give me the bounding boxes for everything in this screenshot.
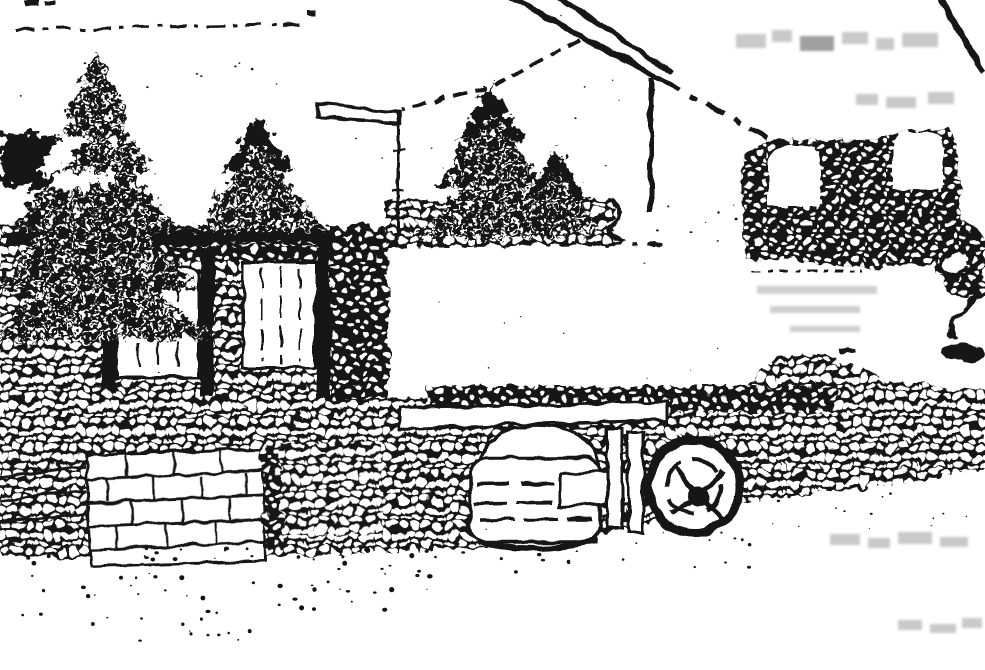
ghost-mark xyxy=(790,326,860,332)
ghost-mark xyxy=(772,30,792,42)
speckle-dot xyxy=(42,589,45,592)
speckle-dot xyxy=(734,537,737,539)
speckle-dot xyxy=(777,500,780,503)
speckle-dot xyxy=(389,587,394,592)
speckle-dot xyxy=(346,590,350,593)
speckle-dot xyxy=(694,566,696,568)
speckle-dot xyxy=(206,634,209,636)
speckle-dot xyxy=(217,634,220,637)
brick-pile-right-rubble xyxy=(280,441,383,536)
headlamp-ring xyxy=(940,253,966,279)
speckle-dot xyxy=(748,543,752,546)
door-panel xyxy=(243,262,316,368)
speckle-dot xyxy=(355,138,357,139)
speckle-dot xyxy=(276,83,278,84)
speckle-dot xyxy=(735,218,738,221)
speckle-dot xyxy=(461,551,465,553)
speckle-dot xyxy=(148,573,150,574)
speckle-dot xyxy=(351,601,353,603)
ghost-mark xyxy=(868,538,890,548)
speckle-dot xyxy=(690,231,693,233)
speckle-dot xyxy=(717,211,719,213)
speckle-dot xyxy=(504,132,506,133)
speckle-dot xyxy=(205,610,210,613)
speckle-dot xyxy=(514,570,518,573)
speckle-dot xyxy=(119,576,123,580)
ghost-mark xyxy=(856,94,878,105)
speckle-dot xyxy=(224,547,229,551)
speckle-dot xyxy=(190,632,193,635)
ghost-mark xyxy=(940,537,968,547)
speckle-dot xyxy=(292,598,297,601)
speckle-dot xyxy=(337,568,340,570)
speckle-dot xyxy=(491,112,493,113)
speckle-dot xyxy=(21,614,24,617)
speckle-dot xyxy=(643,263,645,264)
speckle-dot xyxy=(200,75,203,77)
speckle-dot xyxy=(646,378,647,379)
speckle-dot xyxy=(32,561,37,566)
speckle-dot xyxy=(574,117,576,119)
speckle-dot xyxy=(373,591,377,593)
speckle-dot xyxy=(431,148,433,149)
speckle-dot xyxy=(605,165,607,166)
speckle-dot xyxy=(365,547,370,553)
ghost-mark xyxy=(830,534,860,545)
speckle-dot xyxy=(312,587,316,592)
speckle-dot xyxy=(181,623,184,626)
door-frame-post xyxy=(200,250,214,396)
speckle-dot xyxy=(86,594,90,598)
speckle-dot xyxy=(417,570,421,573)
speckle-dot xyxy=(869,528,870,529)
speckle-dot xyxy=(105,550,107,551)
speckle-dot xyxy=(415,574,419,577)
speckle-dot xyxy=(426,589,428,590)
ghost-mark xyxy=(898,532,932,544)
speckle-dot xyxy=(504,322,505,323)
scanned-photo: scanned halftone photograph xyxy=(0,0,985,670)
speckle-dot xyxy=(84,62,87,64)
speckle-dot xyxy=(142,563,144,564)
speckle-dot xyxy=(389,565,392,567)
speckle-dot xyxy=(690,370,691,371)
speckle-dot xyxy=(311,585,314,587)
ghost-mark xyxy=(757,286,877,294)
speckle-dot xyxy=(563,333,565,334)
speckle-dot xyxy=(312,607,316,611)
ghost-mark xyxy=(886,97,916,108)
speckle-dot xyxy=(667,205,669,207)
edge-tick xyxy=(46,0,56,4)
speckle-dot xyxy=(942,513,944,515)
ghost-mark xyxy=(928,92,954,104)
ghost-mark xyxy=(876,38,894,50)
speckle-dot xyxy=(787,495,790,499)
edge-tick xyxy=(25,0,39,5)
speckle-dot xyxy=(201,596,206,601)
speckle-dot xyxy=(724,562,727,564)
speckle-dot xyxy=(717,348,718,349)
speckle-dot xyxy=(537,553,541,556)
speckle-dot xyxy=(26,556,30,559)
speckle-dot xyxy=(409,553,414,558)
speckle-dot xyxy=(144,555,146,557)
speckle-dot xyxy=(250,555,253,557)
speckle-dot xyxy=(618,100,619,101)
speckle-dot xyxy=(278,604,281,607)
speckle-dot xyxy=(239,62,241,64)
speckle-dot xyxy=(137,593,139,595)
speckle-dot xyxy=(215,612,218,615)
speckle-dot xyxy=(835,507,837,509)
speckle-dot xyxy=(251,68,254,71)
speckle-dot xyxy=(560,15,561,16)
ghost-mark xyxy=(736,34,766,48)
speckle-dot xyxy=(31,575,33,577)
speckle-dot xyxy=(39,613,43,616)
speckle-dot xyxy=(709,539,711,541)
speckle-dot xyxy=(228,632,230,635)
truck-window-left xyxy=(768,146,820,206)
speckle-dot xyxy=(434,556,437,559)
speckle-dot xyxy=(153,575,157,578)
speckle-dot xyxy=(798,526,800,527)
speckle-dot xyxy=(186,595,188,596)
speckle-dot xyxy=(966,516,968,518)
speckle-dot xyxy=(380,568,383,570)
speckle-dot xyxy=(720,532,722,534)
speckle-dot xyxy=(443,168,444,169)
speckle-dot xyxy=(584,86,586,88)
ghost-mark xyxy=(770,306,860,313)
speckle-dot xyxy=(277,584,282,588)
ghost-mark xyxy=(842,32,868,44)
ghost-mark xyxy=(930,624,956,633)
speckle-dot xyxy=(772,523,773,524)
ghost-mark xyxy=(902,33,938,47)
speckle-dot xyxy=(705,222,706,223)
speckle-dot xyxy=(146,86,148,88)
speckle-dot xyxy=(485,529,487,530)
scanned-photo-page: scanned halftone photograph xyxy=(0,0,985,670)
speckle-dot xyxy=(717,240,719,242)
speckle-dot xyxy=(622,558,625,561)
speckle-dot xyxy=(567,562,570,564)
speckle-dot xyxy=(541,559,545,562)
speckle-dot xyxy=(91,622,95,626)
speckle-dot xyxy=(341,556,344,558)
speckle-dot xyxy=(425,550,429,553)
speckle-dot xyxy=(145,547,148,550)
speckle-dot xyxy=(119,94,121,97)
speckle-dot xyxy=(741,538,744,541)
speckle-dot xyxy=(576,550,578,552)
speckle-dot xyxy=(663,532,665,533)
speckle-dot xyxy=(933,517,935,519)
speckle-dot xyxy=(140,617,143,619)
speckle-dot xyxy=(931,525,933,526)
speckle-dot xyxy=(747,566,751,569)
speckle-dot xyxy=(457,543,460,545)
speckle-dot xyxy=(889,492,892,495)
speckle-dot xyxy=(327,581,330,584)
speckle-dot xyxy=(179,575,184,580)
speckle-dot xyxy=(500,557,503,560)
speckle-dot xyxy=(106,617,108,619)
ghost-mark xyxy=(898,620,922,630)
edge-tick xyxy=(306,11,315,16)
speckle-dot xyxy=(882,496,884,498)
speckle-dot xyxy=(513,541,517,544)
speckle-dot xyxy=(656,229,659,231)
speckle-dot xyxy=(180,548,182,550)
spoked-wheel-rim xyxy=(648,440,740,532)
speckle-dot xyxy=(339,589,341,590)
speckle-dot xyxy=(471,141,473,143)
speckle-dot xyxy=(248,629,252,633)
speckle-dot xyxy=(520,316,521,317)
speckle-dot xyxy=(427,574,433,578)
speckle-dot xyxy=(669,526,673,530)
speckle-dot xyxy=(299,605,304,610)
speckle-dot xyxy=(382,608,387,612)
speckle-dot xyxy=(657,396,659,397)
speckle-dot xyxy=(214,558,216,559)
speckle-dot xyxy=(20,95,22,97)
plank-door-right: plank window opening xyxy=(243,262,316,368)
speckle-dot xyxy=(200,617,203,620)
speckle-dot xyxy=(189,630,191,631)
wheel-foot xyxy=(940,343,984,361)
speckle-dot xyxy=(496,99,497,100)
speckle-dot xyxy=(428,394,429,395)
brick-pile-shadow-seam xyxy=(262,446,284,551)
speckle-dot xyxy=(635,542,637,544)
speckle-dot xyxy=(196,73,199,75)
speckle-dot xyxy=(154,551,158,554)
truck-window-right xyxy=(893,132,943,190)
speckle-dot xyxy=(47,554,51,558)
speckle-dot xyxy=(246,547,249,550)
speckle-dot xyxy=(438,302,439,303)
speckle-dot xyxy=(297,555,301,559)
speckle-dot xyxy=(94,594,96,596)
ghost-mark xyxy=(800,36,834,51)
speckle-dot xyxy=(135,576,137,579)
speckle-dot xyxy=(843,510,846,512)
speckle-dot xyxy=(252,581,255,584)
speckle-dot xyxy=(612,80,614,81)
speckle-dot xyxy=(870,513,873,515)
speckle-dot xyxy=(488,367,490,369)
ghost-mark xyxy=(962,618,982,628)
speckle-dot xyxy=(592,404,593,405)
speckle-dot xyxy=(234,65,236,67)
speckle-dot xyxy=(138,640,142,642)
speckle-dot xyxy=(151,558,156,562)
speckle-dot xyxy=(384,573,386,575)
frame-post xyxy=(607,428,622,528)
frame-post xyxy=(628,432,643,532)
speckle-dot xyxy=(342,561,347,566)
speckle-dot xyxy=(164,589,167,591)
speckle-dot xyxy=(130,585,132,587)
speckle-dot xyxy=(237,639,239,641)
speckle-dot xyxy=(313,558,315,560)
speckle-dot xyxy=(81,586,86,590)
speckle-dot xyxy=(381,157,383,158)
speckle-dot xyxy=(733,205,735,206)
speckle-dot xyxy=(173,557,178,561)
